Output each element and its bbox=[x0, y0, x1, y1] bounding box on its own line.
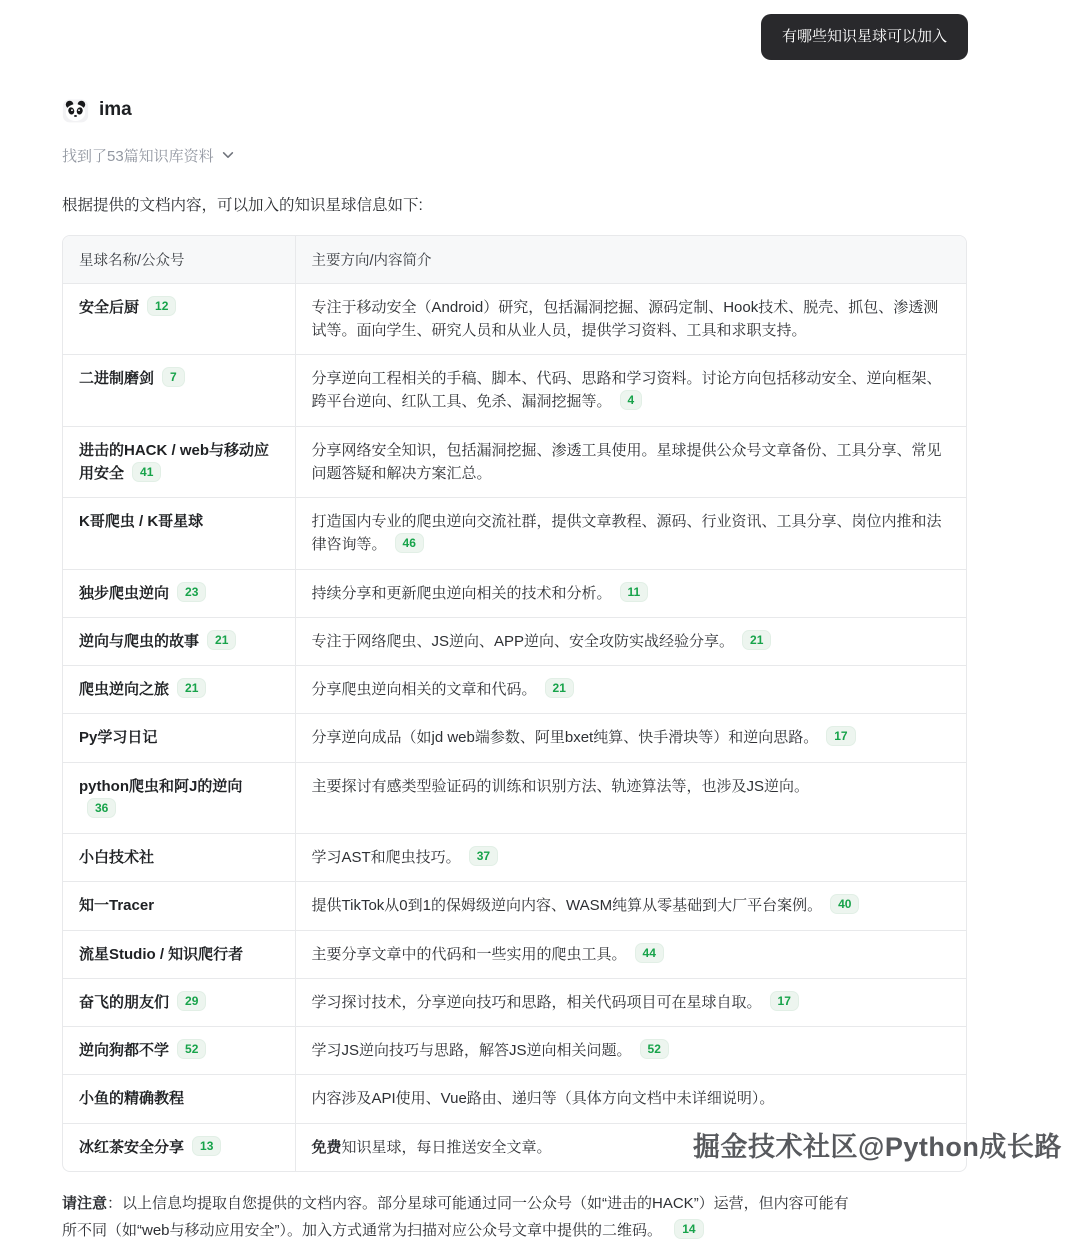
planet-desc-cell: 专注于移动安全（Android）研究，包括漏洞挖掘、源码定制、Hook技术、脱壳… bbox=[295, 283, 966, 355]
planet-desc: 持续分享和更新爬虫逆向相关的技术和分析。 bbox=[312, 585, 612, 602]
table-row: 知一Tracer提供TikTok从0到1的保姆级逆向内容、WASM纯算从零基础到… bbox=[63, 882, 966, 930]
table-row: 安全后厨12专注于移动安全（Android）研究，包括漏洞挖掘、源码定制、Hoo… bbox=[63, 283, 966, 355]
planet-desc-cell: 分享爬虫逆向相关的文章和代码。21 bbox=[295, 666, 966, 714]
citation-badge[interactable]: 36 bbox=[87, 798, 116, 818]
planet-desc-cell: 分享逆向工程相关的手稿、脚本、代码、思路和学习资料。讨论方向包括移动安全、逆向框… bbox=[295, 355, 966, 427]
citation-badge[interactable]: 52 bbox=[177, 1039, 206, 1059]
table-body: 安全后厨12专注于移动安全（Android）研究，包括漏洞挖掘、源码定制、Hoo… bbox=[63, 283, 966, 1171]
planet-name-cell: 小白技术社 bbox=[63, 834, 295, 882]
citation-badge[interactable]: 17 bbox=[770, 991, 799, 1011]
sources-toggle[interactable]: 找到了53篇知识库资料 bbox=[62, 145, 235, 166]
planet-name: 爬虫逆向之旅 bbox=[79, 681, 169, 698]
planet-desc: 学习探讨技术，分享逆向技巧和思路，相关代码项目可在星球自取。 bbox=[312, 994, 762, 1011]
planet-name: 知一Tracer bbox=[79, 897, 154, 914]
planet-desc-cell: 免费知识星球，每日推送安全文章。 bbox=[295, 1123, 966, 1171]
col-header-name: 星球名称/公众号 bbox=[63, 236, 295, 284]
note-line1: ：以上信息均提取自您提供的文档内容。部分星球可能通过同一公众号（如“进击的HAC… bbox=[107, 1195, 849, 1212]
planet-name: K哥爬虫 / K哥星球 bbox=[79, 513, 203, 530]
citation-badge[interactable]: 46 bbox=[395, 533, 424, 553]
planet-desc-cell: 持续分享和更新爬虫逆向相关的技术和分析。11 bbox=[295, 569, 966, 617]
planet-name: 逆向狗都不学 bbox=[79, 1042, 169, 1059]
table-row: K哥爬虫 / K哥星球打造国内专业的爬虫逆向交流社群，提供文章教程、源码、行业资… bbox=[63, 498, 966, 570]
citation-badge[interactable]: 23 bbox=[177, 582, 206, 602]
planet-desc: 分享逆向成品（如jd web端参数、阿里bxet纯算、快手滑块等）和逆向思路。 bbox=[312, 729, 819, 746]
citation-badge[interactable]: 12 bbox=[147, 296, 176, 316]
table-row: 逆向与爬虫的故事21专注于网络爬虫、JS逆向、APP逆向、安全攻防实战经验分享。… bbox=[63, 617, 966, 665]
chevron-down-icon bbox=[221, 148, 235, 162]
planet-desc: 专注于移动安全（Android）研究，包括漏洞挖掘、源码定制、Hook技术、脱壳… bbox=[312, 299, 939, 339]
planet-desc: 分享爬虫逆向相关的文章和代码。 bbox=[312, 681, 537, 698]
planet-desc-cell: 内容涉及API使用、Vue路由、递归等（具体方向文档中未详细说明）。 bbox=[295, 1075, 966, 1123]
citation-badge[interactable]: 14 bbox=[674, 1219, 703, 1239]
note-bold-prefix: 请注意 bbox=[62, 1195, 107, 1212]
planet-desc: 学习AST和爬虫技巧。 bbox=[312, 849, 461, 866]
planet-desc-cell: 主要探讨有感类型验证码的训练和识别方法、轨迹算法等，也涉及JS逆向。 bbox=[295, 762, 966, 834]
planet-desc: 分享网络安全知识，包括漏洞挖掘、渗透工具使用。星球提供公众号文章备份、工具分享、… bbox=[312, 442, 942, 482]
planet-name: 小白技术社 bbox=[79, 849, 154, 866]
planet-desc: 主要探讨有感类型验证码的训练和识别方法、轨迹算法等，也涉及JS逆向。 bbox=[312, 778, 810, 795]
note-line2: 所不同（如“web与移动应用安全”）。加入方式通常为扫描对应公众号文章中提供的二… bbox=[62, 1222, 662, 1239]
assistant-response: ima 找到了53篇知识库资料 根据提供的文档内容，可以加入的知识星球信息如下:… bbox=[62, 97, 1018, 1244]
table-header-row: 星球名称/公众号 主要方向/内容简介 bbox=[63, 236, 966, 284]
citation-badge[interactable]: 44 bbox=[635, 943, 664, 963]
planet-desc-cell: 学习AST和爬虫技巧。37 bbox=[295, 834, 966, 882]
citation-badge[interactable]: 29 bbox=[177, 991, 206, 1011]
table-row: 逆向狗都不学52学习JS逆向技巧与思路，解答JS逆向相关问题。52 bbox=[63, 1027, 966, 1075]
planet-name: 流星Studio / 知识爬行者 bbox=[79, 946, 243, 963]
planet-name-cell: 小鱼的精确教程 bbox=[63, 1075, 295, 1123]
planet-desc-cell: 打造国内专业的爬虫逆向交流社群，提供文章教程、源码、行业资讯、工具分享、岗位内推… bbox=[295, 498, 966, 570]
planet-name: 逆向与爬虫的故事 bbox=[79, 633, 199, 650]
citation-badge[interactable]: 21 bbox=[545, 678, 574, 698]
table-row: 二进制磨剑7分享逆向工程相关的手稿、脚本、代码、思路和学习资料。讨论方向包括移动… bbox=[63, 355, 966, 427]
citation-badge[interactable]: 4 bbox=[620, 390, 643, 410]
planet-name: 安全后厨 bbox=[79, 299, 139, 316]
planet-desc-cell: 学习探讨技术，分享逆向技巧和思路，相关代码项目可在星球自取。17 bbox=[295, 978, 966, 1026]
col-header-desc: 主要方向/内容简介 bbox=[295, 236, 966, 284]
table-row: 独步爬虫逆向23持续分享和更新爬虫逆向相关的技术和分析。11 bbox=[63, 569, 966, 617]
table-row: 进击的HACK / web与移动应用安全41分享网络安全知识，包括漏洞挖掘、渗透… bbox=[63, 426, 966, 498]
citation-badge[interactable]: 21 bbox=[177, 678, 206, 698]
table-row: Py学习日记分享逆向成品（如jd web端参数、阿里bxet纯算、快手滑块等）和… bbox=[63, 714, 966, 762]
planet-desc: 学习JS逆向技巧与思路，解答JS逆向相关问题。 bbox=[312, 1042, 632, 1059]
table-row: 小白技术社学习AST和爬虫技巧。37 bbox=[63, 834, 966, 882]
panda-avatar-icon bbox=[62, 97, 89, 124]
planet-name: 进击的HACK / web与移动应用安全 bbox=[79, 442, 269, 482]
citation-badge[interactable]: 13 bbox=[192, 1136, 221, 1156]
planet-desc: 主要分享文章中的代码和一些实用的爬虫工具。 bbox=[312, 946, 627, 963]
planet-name-cell: 逆向狗都不学52 bbox=[63, 1027, 295, 1075]
planet-name-cell: 进击的HACK / web与移动应用安全41 bbox=[63, 426, 295, 498]
planet-desc-cell: 学习JS逆向技巧与思路，解答JS逆向相关问题。52 bbox=[295, 1027, 966, 1075]
planet-desc: 专注于网络爬虫、JS逆向、APP逆向、安全攻防实战经验分享。 bbox=[312, 633, 735, 650]
planet-name-cell: 奋飞的朋友们29 bbox=[63, 978, 295, 1026]
planet-desc-cell: 分享逆向成品（如jd web端参数、阿里bxet纯算、快手滑块等）和逆向思路。1… bbox=[295, 714, 966, 762]
table-row: 奋飞的朋友们29学习探讨技术，分享逆向技巧和思路，相关代码项目可在星球自取。17 bbox=[63, 978, 966, 1026]
planet-name: python爬虫和阿J的逆向 bbox=[79, 778, 242, 795]
planet-name-cell: Py学习日记 bbox=[63, 714, 295, 762]
desc-bold: 免费 bbox=[312, 1139, 342, 1156]
planet-desc: 内容涉及API使用、Vue路由、递归等（具体方向文档中未详细说明）。 bbox=[312, 1090, 775, 1107]
citation-badge[interactable]: 17 bbox=[826, 726, 855, 746]
citation-badge[interactable]: 21 bbox=[742, 630, 771, 650]
planet-name-cell: 逆向与爬虫的故事21 bbox=[63, 617, 295, 665]
planet-name: 二进制磨剑 bbox=[79, 370, 154, 387]
citation-badge[interactable]: 52 bbox=[640, 1039, 669, 1059]
citation-badge[interactable]: 37 bbox=[469, 846, 498, 866]
table-row: 流星Studio / 知识爬行者主要分享文章中的代码和一些实用的爬虫工具。44 bbox=[63, 930, 966, 978]
user-message-row: 有哪些知识星球可以加入 bbox=[0, 0, 1080, 60]
planets-table: 星球名称/公众号 主要方向/内容简介 安全后厨12专注于移动安全（Android… bbox=[62, 235, 967, 1172]
planet-desc: 知识星球，每日推送安全文章。 bbox=[342, 1139, 552, 1156]
planet-name: 独步爬虫逆向 bbox=[79, 585, 169, 602]
planet-name: 奋飞的朋友们 bbox=[79, 994, 169, 1011]
planet-desc-cell: 分享网络安全知识，包括漏洞挖掘、渗透工具使用。星球提供公众号文章备份、工具分享、… bbox=[295, 426, 966, 498]
planet-name-cell: K哥爬虫 / K哥星球 bbox=[63, 498, 295, 570]
planet-name: 冰红茶安全分享 bbox=[79, 1139, 184, 1156]
table-row: python爬虫和阿J的逆向36主要探讨有感类型验证码的训练和识别方法、轨迹算法… bbox=[63, 762, 966, 834]
table-row: 冰红茶安全分享13免费知识星球，每日推送安全文章。 bbox=[63, 1123, 966, 1171]
planet-desc-cell: 专注于网络爬虫、JS逆向、APP逆向、安全攻防实战经验分享。21 bbox=[295, 617, 966, 665]
planet-name: 小鱼的精确教程 bbox=[79, 1090, 184, 1107]
citation-badge[interactable]: 21 bbox=[207, 630, 236, 650]
planet-name-cell: 知一Tracer bbox=[63, 882, 295, 930]
sources-summary: 找到了53篇知识库资料 bbox=[62, 145, 214, 166]
planet-name-cell: 爬虫逆向之旅21 bbox=[63, 666, 295, 714]
planet-name-cell: 安全后厨12 bbox=[63, 283, 295, 355]
citation-badge[interactable]: 11 bbox=[620, 582, 649, 602]
planet-name-cell: 二进制磨剑7 bbox=[63, 355, 295, 427]
planet-name-cell: 独步爬虫逆向23 bbox=[63, 569, 295, 617]
planet-desc: 提供TikTok从0到1的保姆级逆向内容、WASM纯算从零基础到大厂平台案例。 bbox=[312, 897, 823, 914]
planet-name: Py学习日记 bbox=[79, 729, 157, 746]
user-message-bubble: 有哪些知识星球可以加入 bbox=[761, 14, 968, 60]
note-text: 请注意：以上信息均提取自您提供的文档内容。部分星球可能通过同一公众号（如“进击的… bbox=[62, 1190, 1057, 1244]
citation-badge[interactable]: 7 bbox=[162, 367, 185, 387]
citation-badge[interactable]: 40 bbox=[830, 894, 859, 914]
planet-desc-cell: 提供TikTok从0到1的保姆级逆向内容、WASM纯算从零基础到大厂平台案例。4… bbox=[295, 882, 966, 930]
intro-text: 根据提供的文档内容，可以加入的知识星球信息如下: bbox=[62, 193, 1018, 215]
planet-name-cell: 冰红茶安全分享13 bbox=[63, 1123, 295, 1171]
planet-desc-cell: 主要分享文章中的代码和一些实用的爬虫工具。44 bbox=[295, 930, 966, 978]
planet-name-cell: python爬虫和阿J的逆向36 bbox=[63, 762, 295, 834]
assistant-name: ima bbox=[99, 99, 132, 121]
table-row: 小鱼的精确教程内容涉及API使用、Vue路由、递归等（具体方向文档中未详细说明）… bbox=[63, 1075, 966, 1123]
citation-badge[interactable]: 41 bbox=[132, 462, 161, 482]
assistant-header: ima bbox=[62, 97, 1018, 124]
table-row: 爬虫逆向之旅21分享爬虫逆向相关的文章和代码。21 bbox=[63, 666, 966, 714]
planet-name-cell: 流星Studio / 知识爬行者 bbox=[63, 930, 295, 978]
